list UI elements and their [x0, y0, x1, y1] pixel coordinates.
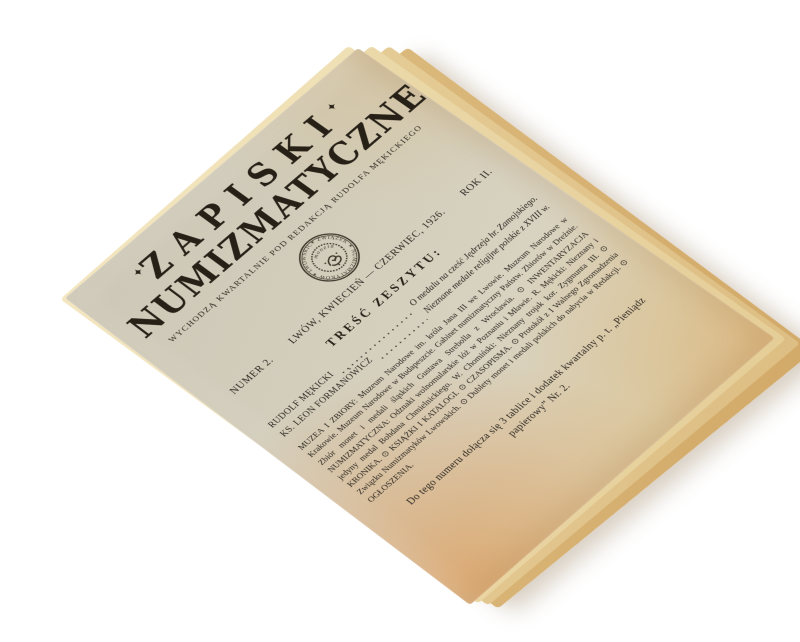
seal-lion-emblem — [325, 253, 343, 268]
journal-cover-photo: ✦ZAPISKI✦ NUMIZMATYCZNE WYCHODZĄ KWARTAL… — [0, 0, 800, 642]
cover-content: ✦ZAPISKI✦ NUMIZMATYCZNE WYCHODZĄ KWARTAL… — [65, 48, 775, 605]
booklet: ✦ZAPISKI✦ NUMIZMATYCZNE WYCHODZĄ KWARTAL… — [65, 48, 775, 605]
cover-front: ✦ZAPISKI✦ NUMIZMATYCZNE WYCHODZĄ KWARTAL… — [65, 48, 775, 605]
